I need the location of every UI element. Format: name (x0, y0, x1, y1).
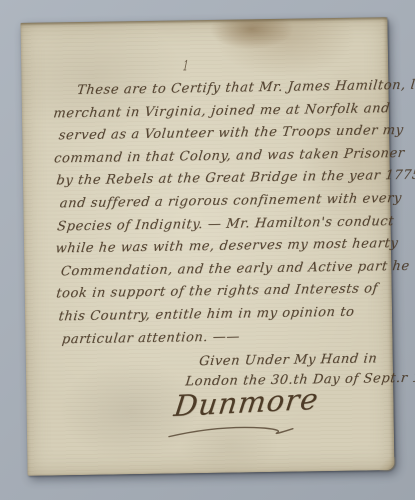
photo-background: 1 These are to Certify that Mr. James Ha… (0, 0, 415, 500)
letter-line: particular attention. —— (61, 324, 383, 352)
paper-top-edge (20, 17, 387, 26)
corner-crease (379, 457, 395, 471)
signature-dunmore: Dunmore (154, 381, 339, 424)
letter-body: These are to Certify that Mr. James Hami… (51, 75, 380, 351)
signature-block: Dunmore (156, 384, 337, 421)
signature-flourish-icon (165, 420, 315, 440)
manuscript-page: 1 These are to Certify that Mr. James Ha… (20, 17, 394, 476)
page-number-mark: 1 (182, 58, 189, 74)
